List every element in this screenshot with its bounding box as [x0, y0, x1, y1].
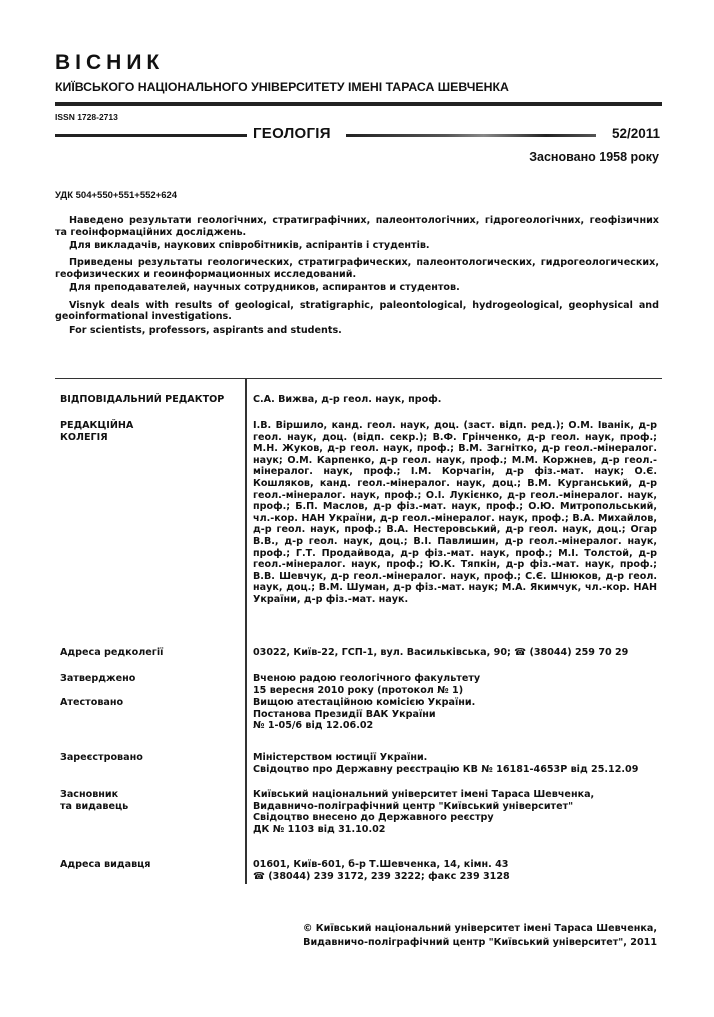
approved-line-1: Вченою радою геологічного факультету — [253, 673, 657, 685]
founded-year: Засновано 1958 року — [529, 150, 659, 164]
abstract-uk: Наведено результати геологічних, стратиг… — [55, 215, 659, 238]
copyright-line-1: © Київський національний університет іме… — [303, 922, 657, 936]
editor-value: С.А. Вижва, д-р геол. наук, проф. — [253, 394, 657, 406]
founder-value: Київський національний університет імені… — [253, 789, 657, 835]
copyright: © Київський національний університет іме… — [303, 922, 657, 950]
section-header: ГЕОЛОГІЯ 52/2011 — [55, 125, 662, 145]
founder-label-line-1: Засновник — [60, 789, 240, 801]
attested-line-3: № 1-05/6 від 12.06.02 — [253, 720, 657, 732]
approved-value: Вченою радою геологічного факультету 15 … — [253, 673, 657, 696]
audience-ru: Для преподавателей, научных сотрудников,… — [55, 282, 659, 294]
founder-line-1: Київський національний університет імені… — [253, 789, 657, 801]
abstract-en: Visnyk deals with results of geological,… — [55, 300, 659, 323]
board-label-line-1: РЕДАКЦІЙНА — [60, 420, 240, 432]
founder-label: Засновник та видавець — [60, 789, 240, 812]
abstract-ru: Приведены результаты геологических, стра… — [55, 257, 659, 280]
udc-code: УДК 504+550+551+552+624 — [55, 190, 177, 201]
founder-line-2: Видавничо-поліграфічний центр "Київський… — [253, 801, 657, 813]
address-value: 03022, Київ-22, ГСП-1, вул. Васильківськ… — [253, 647, 657, 659]
board-value: І.В. Віршило, канд. геол. наук, доц. (за… — [253, 420, 657, 606]
journal-title: ВІСНИК — [55, 51, 164, 75]
section-rule-right — [346, 134, 596, 137]
founder-line-3: Свідоцтво внесено до Державного реєстру — [253, 812, 657, 824]
board-label-line-2: КОЛЕГІЯ — [60, 432, 240, 444]
attested-line-2: Постанова Президії ВАК України — [253, 709, 657, 721]
address-label: Адреса редколегії — [60, 647, 240, 659]
audience-uk: Для викладачів, наукових співробітників,… — [55, 240, 659, 252]
board-label: РЕДАКЦІЙНА КОЛЕГІЯ — [60, 420, 240, 443]
section-rule-left — [55, 134, 247, 137]
publisher-phone-line: ☎ (38044) 239 3172, 239 3222; факс 239 3… — [253, 871, 657, 883]
registered-line-1: Міністерством юстиції України. — [253, 752, 657, 764]
editor-label: ВІДПОВІДАЛЬНИЙ РЕДАКТОР — [60, 394, 240, 406]
issue-number: 52/2011 — [612, 126, 660, 141]
registered-line-2: Свідоцтво про Державну реєстрацію КВ № 1… — [253, 764, 657, 776]
registered-value: Міністерством юстиції України. Свідоцтво… — [253, 752, 657, 775]
approved-label: Затверджено — [60, 673, 240, 685]
journal-subtitle: КИЇВСЬКОГО НАЦІОНАЛЬНОГО УНІВЕРСИТЕТУ ІМ… — [55, 80, 509, 94]
publisher-address-line-1: 01601, Київ-601, б-р Т.Шевченка, 14, кім… — [253, 859, 657, 871]
publisher-address-label: Адреса видавця — [60, 859, 240, 871]
table-divider — [245, 378, 247, 884]
attested-value: Вищою атестаційною комісією України. Пос… — [253, 697, 657, 732]
masthead-rule — [55, 102, 662, 106]
section-name: ГЕОЛОГІЯ — [253, 125, 331, 142]
registered-label: Зареєстровано — [60, 752, 240, 764]
attested-label: Атестовано — [60, 697, 240, 709]
copyright-line-2: Видавничо-поліграфічний центр "Київський… — [303, 936, 657, 950]
publisher-address-value: 01601, Київ-601, б-р Т.Шевченка, 14, кім… — [253, 859, 657, 882]
issn: ISSN 1728-2713 — [55, 112, 118, 122]
founder-label-line-2: та видавець — [60, 801, 240, 813]
imprint-table: ВІДПОВІДАЛЬНИЙ РЕДАКТОР С.А. Вижва, д-р … — [55, 378, 662, 885]
approved-line-2: 15 вересня 2010 року (протокол № 1) — [253, 685, 657, 697]
abstracts: Наведено результати геологічних, стратиг… — [55, 215, 659, 342]
audience-en: For scientists, professors, aspirants an… — [55, 325, 659, 337]
founder-line-4: ДК № 1103 від 31.10.02 — [253, 824, 657, 836]
attested-line-1: Вищою атестаційною комісією України. — [253, 697, 657, 709]
